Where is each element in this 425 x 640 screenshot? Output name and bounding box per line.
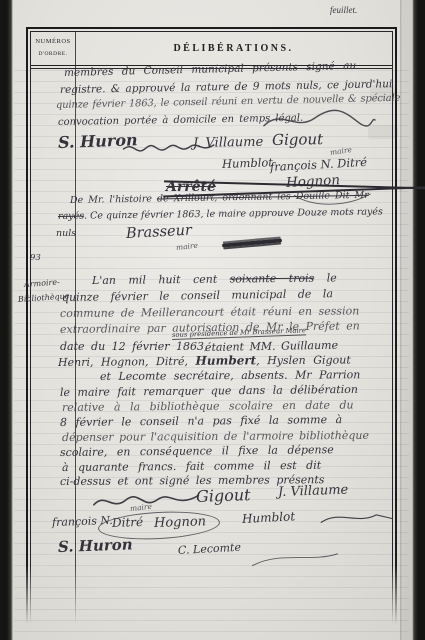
signature-hognon: Hognon (154, 514, 207, 531)
manuscript-line: étaient MM. Guillaume (205, 339, 338, 354)
manuscript-line: date du 12 février 1863, (60, 340, 207, 353)
photo-backdrop-right (412, 0, 425, 640)
photo-backdrop-left (0, 0, 13, 640)
manuscript-line: commune de Meillerancourt était réuni en… (60, 304, 359, 320)
manuscript-line: Henri, Hognon, Ditré, Humbert, Hyslen Gi… (58, 352, 351, 369)
numeros-label-line1: NUMÉROS (31, 38, 75, 45)
delib-text-emphasis: Humbert (195, 353, 256, 368)
numeros-label-line2: D'ORDRE. (31, 51, 75, 57)
signature-gigout: Gigout (196, 485, 251, 506)
delib-text: Henri, Hognon, Ditré, (58, 355, 196, 369)
delib-text: le (314, 271, 337, 284)
signature-ditre: Ditré (112, 515, 144, 530)
signature-villaume: J. Villaume (193, 135, 264, 151)
approval-text: De Mr. l'histoire (70, 193, 157, 206)
column-header-numeros: NUMÉROS D'ORDRE. (31, 38, 75, 57)
struck-word: rayés (58, 211, 84, 222)
signature-huron: S. Huron (58, 535, 133, 556)
manuscript-line: L'an mil huit cent soixante trois le (92, 271, 337, 287)
struck-words: ordonnant les Douille (217, 190, 335, 203)
delib-text: , Hyslen Gigout (256, 353, 351, 367)
manuscript-line: à quarante francs. fait comme il est dit (62, 459, 321, 474)
delib-text: L'an mil huit cent (92, 273, 230, 287)
folio-label: feuillet. (330, 5, 357, 15)
column-header-deliberations: DÉLIBÉRATIONS. (75, 43, 392, 54)
margin-entry-number: 93 (30, 253, 41, 263)
struck-words: Dit Mr (335, 190, 369, 202)
page-edge-shading (403, 0, 412, 640)
signature-humblot: Humblot (242, 509, 296, 526)
register-page-scan: feuillet. NUMÉROS D'ORDRE. DÉLIBÉRATIONS… (0, 0, 425, 640)
signature-flourish (250, 548, 340, 570)
struck-words: soixante trois (230, 272, 315, 286)
signature-gigout: Gigout (272, 130, 323, 149)
manuscript-line: nuls (56, 228, 76, 239)
signature-flourish (320, 505, 395, 531)
signature-humblot: Humblot (222, 155, 273, 171)
manuscript-line: et Lecomte secrétaire, absents. Mr Parri… (100, 368, 360, 383)
struck-words: de Xrillourt, (157, 192, 218, 204)
manuscript-line: relative à la bibliothèque scolaire en d… (62, 398, 354, 414)
page-crease (400, 0, 403, 640)
manuscript-line: dépenser pour l'acquisition de l'armoire… (62, 429, 369, 444)
signature-villaume: J. Villaume (278, 483, 349, 500)
